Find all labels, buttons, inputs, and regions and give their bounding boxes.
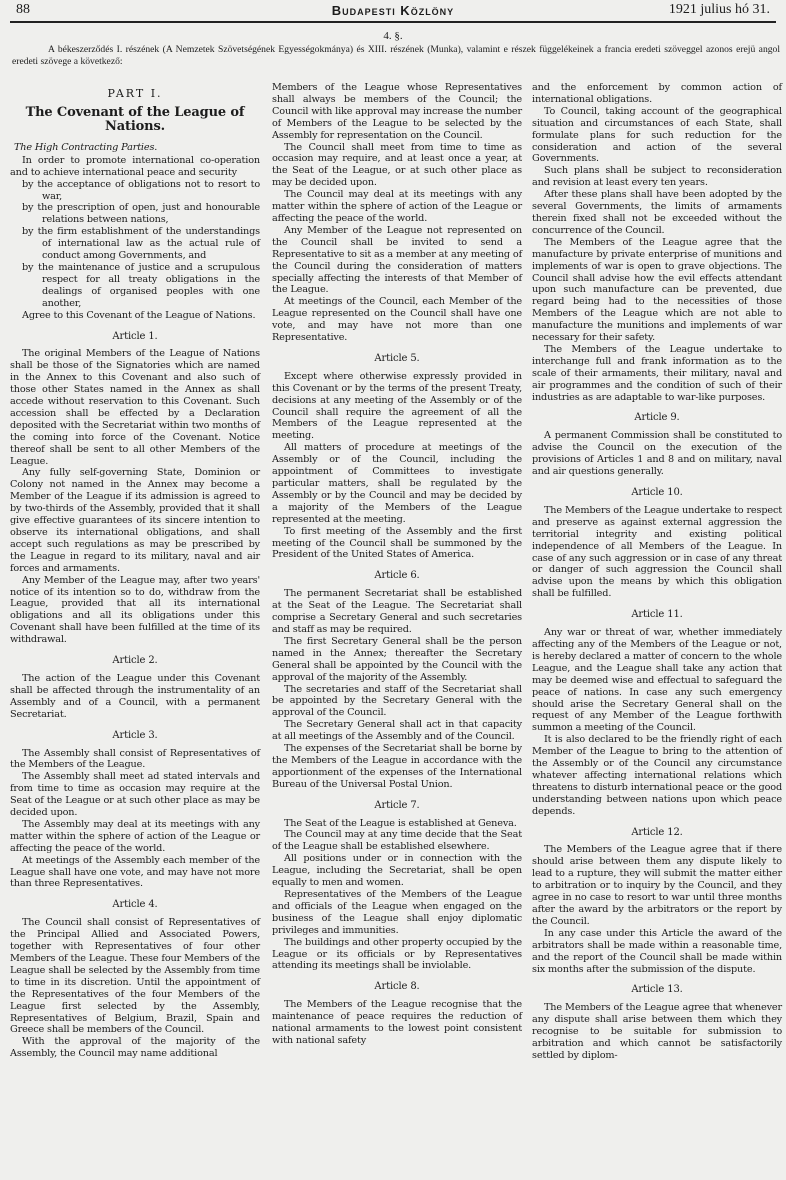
article-paragraph: It is also declared to be the friendly r…: [532, 734, 782, 817]
article-paragraph: Any fully self-governing State, Dominion…: [10, 467, 260, 574]
article-paragraph: The action of the League under this Cove…: [10, 673, 260, 721]
article-6-title: Article 6.: [272, 570, 522, 582]
article-paragraph: The Members of the League undertake to i…: [532, 344, 782, 404]
article-paragraph: The first Secretary General shall be the…: [272, 636, 522, 684]
page-header: 88 Budapesti Közlöny 1921 julius hó 31.: [14, 2, 772, 20]
article-paragraph: In any case under this Article the award…: [532, 928, 782, 976]
article-12-title: Article 12.: [532, 827, 782, 839]
article-3-title: Article 3.: [10, 730, 260, 742]
article-paragraph: Such plans shall be subject to reconside…: [532, 165, 782, 189]
issue-date: 1921 julius hó 31.: [669, 2, 770, 18]
column-3: and the enforcement by common action of …: [532, 82, 782, 1062]
article-paragraph: After these plans shall have been adopte…: [532, 189, 782, 237]
article-paragraph: The Members of the League recognise that…: [272, 999, 522, 1047]
article-4-title: Article 4.: [10, 899, 260, 911]
article-paragraph: The permanent Secretariat shall be estab…: [272, 588, 522, 636]
article-paragraph: To first meeting of the Assembly and the…: [272, 526, 522, 562]
article-paragraph: Any Member of the League may, after two …: [10, 575, 260, 646]
article-paragraph: The Council shall consist of Representat…: [10, 917, 260, 1036]
article-paragraph: The Members of the League undertake to r…: [532, 505, 782, 600]
preamble-lead: In order to promote international co-ope…: [10, 155, 260, 179]
article-paragraph: The secretaries and staff of the Secreta…: [272, 684, 522, 720]
article-11-title: Article 11.: [532, 609, 782, 621]
header-rule: [10, 21, 776, 23]
article-paragraph: The Council may at any time decide that …: [272, 829, 522, 853]
article-paragraph: Except where otherwise expressly provide…: [272, 371, 522, 442]
article-paragraph: The expenses of the Secretariat shall be…: [272, 743, 522, 791]
preamble-clause: by the prescription of open, just and ho…: [10, 202, 260, 226]
article-paragraph: At meetings of the Assembly each member …: [10, 855, 260, 891]
article-paragraph-continued: Members of the League whose Representati…: [272, 82, 522, 142]
article-paragraph: With the approval of the majority of the…: [10, 1036, 260, 1060]
section-number: 4. §.: [0, 30, 786, 42]
article-paragraph: The Assembly may deal at its meetings wi…: [10, 819, 260, 855]
newspaper-page: 88 Budapesti Közlöny 1921 julius hó 31. …: [0, 0, 786, 1180]
article-paragraph: At meetings of the Council, each Member …: [272, 296, 522, 344]
preamble-clause: by the maintenance of justice and a scru…: [10, 262, 260, 310]
article-paragraph-continued: and the enforcement by common action of …: [532, 82, 782, 106]
article-5-title: Article 5.: [272, 353, 522, 365]
article-paragraph: Any war or threat of war, whether immedi…: [532, 627, 782, 734]
article-1-title: Article 1.: [10, 331, 260, 343]
article-paragraph: The Assembly shall consist of Representa…: [10, 748, 260, 772]
article-paragraph: To Council, taking account of the geogra…: [532, 106, 782, 166]
article-paragraph: The Council may deal at its meetings wit…: [272, 189, 522, 225]
column-1: PART I. The Covenant of the League of Na…: [10, 82, 260, 1060]
article-paragraph: The Seat of the League is established at…: [272, 818, 522, 830]
covenant-title: The Covenant of the League of Nations.: [10, 106, 260, 134]
article-paragraph: The Members of the League agree that the…: [532, 237, 782, 344]
article-paragraph: Any Member of the League not represented…: [272, 225, 522, 296]
preamble-clause: by the firm establishment of the underst…: [10, 226, 260, 262]
article-paragraph: All matters of procedure at meetings of …: [272, 442, 522, 525]
article-paragraph: The original Members of the League of Na…: [10, 348, 260, 467]
article-10-title: Article 10.: [532, 487, 782, 499]
article-paragraph: The Members of the League agree that if …: [532, 844, 782, 927]
preamble-heading: The High Contracting Parties.: [10, 142, 260, 154]
article-paragraph: A permanent Commission shall be constitu…: [532, 430, 782, 478]
article-9-title: Article 9.: [532, 412, 782, 424]
part-heading: PART I.: [10, 88, 260, 100]
article-paragraph: The Members of the League agree that whe…: [532, 1002, 782, 1062]
article-paragraph: The buildings and other property occupie…: [272, 937, 522, 973]
publication-title: Budapesti Közlöny: [14, 3, 772, 18]
article-paragraph: Representatives of the Members of the Le…: [272, 889, 522, 937]
article-2-title: Article 2.: [10, 655, 260, 667]
article-8-title: Article 8.: [272, 981, 522, 993]
article-7-title: Article 7.: [272, 800, 522, 812]
intro-paragraph: A békeszerződés I. részének (A Nemzetek …: [12, 44, 780, 68]
article-paragraph: The Secretary General shall act in that …: [272, 719, 522, 743]
article-paragraph: The Assembly shall meet ad stated interv…: [10, 771, 260, 819]
preamble-clause: by the acceptance of obligations not to …: [10, 179, 260, 203]
preamble-closing: Agree to this Covenant of the League of …: [10, 310, 260, 322]
article-13-title: Article 13.: [532, 984, 782, 996]
article-paragraph: The Council shall meet from time to time…: [272, 142, 522, 190]
column-2: Members of the League whose Representati…: [272, 82, 522, 1047]
article-paragraph: All positions under or in connection wit…: [272, 853, 522, 889]
